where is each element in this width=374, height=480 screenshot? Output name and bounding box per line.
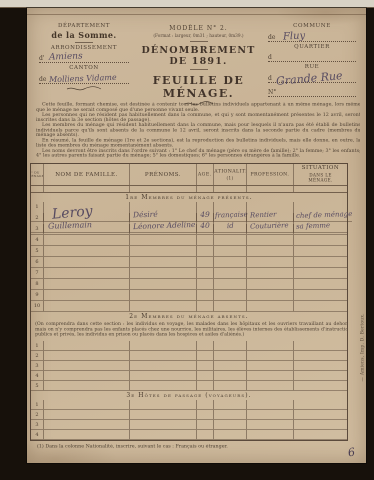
canton-label: CANTON: [35, 65, 133, 72]
cell-nat: [214, 257, 247, 268]
cell-prof: [247, 268, 294, 279]
cell-prenoms: [130, 430, 197, 440]
scanned-census-sheet: DÉPARTEMENT de la Somme. ARRONDISSEMENT …: [0, 0, 374, 480]
cell-nom: [44, 279, 130, 290]
commune-field: de Fluy: [268, 30, 356, 42]
cell-nat: [214, 400, 247, 410]
cell-prof: [247, 290, 294, 301]
table-row: 2: [31, 410, 347, 420]
cell-prof: [247, 224, 294, 235]
arrondissement-handwriting: Amiens: [48, 53, 82, 63]
col-header-label: SITUATION: [302, 165, 339, 171]
cell-nom: [44, 430, 130, 440]
cell-sit: [294, 246, 347, 257]
cell-nat: [214, 268, 247, 279]
row-number: 2: [31, 412, 43, 418]
row-number: 1: [31, 204, 43, 210]
rue-label: RUE: [264, 64, 360, 71]
cell-nat: [214, 341, 247, 351]
table-row: 1LeroyDésiré49françaiseRentierchef de mé…: [31, 202, 347, 213]
cell-prof: [247, 361, 294, 371]
cell-n: 4: [31, 235, 44, 246]
table-row: 2GuillemainLéonore Adeline40idCouturière…: [31, 213, 347, 224]
col-header-nom: NOM DE FAMILLE.: [44, 164, 130, 185]
instruction-paragraph: Les membres du ménage qui résident habit…: [36, 123, 360, 138]
cell-n: 5: [31, 381, 44, 391]
cell-nat: [214, 420, 247, 430]
cell-n: 5: [31, 246, 44, 257]
cell-age: [197, 371, 214, 381]
col-header-nationalite: NATIONALITÉ. (1): [214, 164, 247, 185]
header-subcell: [44, 186, 130, 192]
census-title: DÉNOMBREMENT DE 1891.: [133, 45, 264, 67]
divider: [75, 42, 93, 43]
header-subcell: [214, 186, 247, 192]
header-subcell: [197, 186, 214, 192]
cell-sit: [294, 420, 347, 430]
cell-age: [197, 224, 214, 235]
col-header-profession: PROFESSION.: [247, 164, 294, 185]
col-header-sub: (1): [227, 176, 234, 181]
paper-sheet: DÉPARTEMENT de la Somme. ARRONDISSEMENT …: [27, 8, 366, 463]
cell-age: [197, 301, 214, 312]
cell-nom: [44, 224, 130, 235]
cell-prof: [247, 257, 294, 268]
quartier-field: d: [268, 50, 356, 62]
cell-n: 9: [31, 290, 44, 301]
cell-nat: [214, 381, 247, 391]
cell-n: 3: [31, 361, 44, 371]
cell-sit: [294, 351, 347, 361]
cell-n: 7: [31, 268, 44, 279]
footnote: (1) Dans la colonne Nationalité, inscrir…: [37, 444, 366, 453]
table-row: 4: [31, 371, 347, 381]
flourish-icon: [66, 86, 102, 92]
row-number: 3: [31, 226, 43, 232]
table-header-row: N° DU MÉNAGE NOM DE FAMILLE. PRÉNOMS. AG…: [31, 164, 347, 186]
cell-prof: [247, 420, 294, 430]
table-row: 1: [31, 341, 347, 351]
cell-prenoms: [130, 301, 197, 312]
cell-sit: [294, 341, 347, 351]
table-row: 3: [31, 224, 347, 235]
row-number: 3: [31, 363, 43, 369]
cell-prenoms: [130, 410, 197, 420]
cell-n: 4: [31, 371, 44, 381]
row-number: 4: [31, 373, 43, 379]
cell-nat: [214, 430, 247, 440]
cell-n: 8: [31, 279, 44, 290]
modele-label: MODÈLE N° 2.: [133, 25, 264, 32]
quartier-label: QUARTIER: [264, 44, 360, 51]
cell-nom: [44, 400, 130, 410]
section-note: (On comprendra dans cette section : les …: [31, 321, 347, 338]
header-right-block: COMMUNE de Fluy QUARTIER d RUE d Grande …: [264, 23, 360, 99]
cell-age: [197, 351, 214, 361]
col-header-numero-menage: N° DU MÉNAGE: [31, 164, 44, 185]
cell-nat: [214, 246, 247, 257]
table-row: 3: [31, 420, 347, 430]
table-row: 4: [31, 235, 347, 246]
cell-n: 2: [31, 410, 44, 420]
arrondissement-label: ARRONDISSEMENT: [35, 45, 133, 52]
row-number: 4: [31, 432, 43, 438]
canton-handwriting: Molliens Vidame: [49, 74, 117, 84]
cell-nom: [44, 351, 130, 361]
cell-prof: [247, 279, 294, 290]
cell-prenoms: [130, 361, 197, 371]
cell-nom: [44, 257, 130, 268]
cell-nat: [214, 410, 247, 420]
cell-age: [197, 381, 214, 391]
instructions-block: Cette feuille, formant chemise, est dest…: [36, 102, 360, 161]
departement-value: de la Somme.: [35, 30, 133, 40]
cell-prenoms: [130, 224, 197, 235]
cell-nat: [214, 224, 247, 235]
col-header-label: PRÉNOMS.: [145, 172, 181, 178]
departement-label: DÉPARTEMENT: [35, 23, 133, 30]
cell-sit: [294, 410, 347, 420]
cell-sit: [294, 361, 347, 371]
cell-prenoms: [130, 246, 197, 257]
instructions-text: Cette feuille, formant chemise, est dest…: [36, 102, 360, 158]
arrondissement-field: d' Amiens: [39, 51, 129, 63]
cell-n: 2: [31, 351, 44, 361]
commune-handwriting: Fluy: [283, 31, 306, 42]
cell-prof: [247, 246, 294, 257]
table-header-subrow: [31, 186, 347, 193]
cell-age: [197, 268, 214, 279]
cell-prenoms: [130, 400, 197, 410]
col-header-prenoms: PRÉNOMS.: [130, 164, 197, 185]
row-number: 1: [31, 343, 43, 349]
table-row: 2: [31, 351, 347, 361]
divider: [190, 41, 208, 42]
cell-age: [197, 246, 214, 257]
cell-age: [197, 279, 214, 290]
section-note-wrap: (On comprendra dans cette section : les …: [31, 321, 347, 341]
col-header-label: AGE.: [198, 172, 212, 177]
quartier-prefix: d: [268, 55, 272, 61]
row-number: 5: [31, 383, 43, 389]
cell-nat: [214, 371, 247, 381]
row-number: 5: [31, 248, 43, 254]
cell-nom: [44, 420, 130, 430]
row-number: 1: [31, 402, 43, 408]
row-number: 3: [31, 422, 43, 428]
scan-top-edge: [0, 0, 374, 8]
cell-sit: [294, 268, 347, 279]
row-number: 4: [31, 237, 43, 243]
cell-prenoms: [130, 268, 197, 279]
cell-prof: [247, 371, 294, 381]
cell-age: [197, 235, 214, 246]
fold-crease: [27, 8, 366, 15]
section-title: 1re Membres du ménage présents.: [31, 193, 347, 202]
cell-prof: [247, 381, 294, 391]
format-note: (Format : largeur, 0m31 ; hauteur, 0m39.…: [143, 33, 254, 38]
commune-label: COMMUNE: [264, 23, 360, 30]
header-center-block: MODÈLE N° 2. (Format : largeur, 0m31 ; h…: [133, 23, 264, 99]
cell-prof: [247, 301, 294, 312]
table-row: 1: [31, 400, 347, 410]
commune-prefix: de: [268, 35, 275, 41]
cell-prof: [247, 351, 294, 361]
cell-age: [197, 361, 214, 371]
cell-n: 1: [31, 400, 44, 410]
cell-nat: [214, 301, 247, 312]
section-title: 2e Membres du ménage absents.: [31, 312, 347, 321]
cell-sit: [294, 279, 347, 290]
cell-nom: [44, 381, 130, 391]
cell-n: 3: [31, 420, 44, 430]
cell-nom: [44, 268, 130, 279]
divider: [190, 69, 208, 70]
cell-n: 1: [31, 341, 44, 351]
cell-nom: [44, 290, 130, 301]
row-number: 7: [31, 270, 43, 276]
cell-nom: [44, 361, 130, 371]
cell-age: [197, 420, 214, 430]
row-number: 6: [31, 259, 43, 265]
form-header: DÉPARTEMENT de la Somme. ARRONDISSEMENT …: [35, 23, 360, 99]
cell-nom: [44, 235, 130, 246]
cell-prenoms: [130, 257, 197, 268]
cell-prenoms: [130, 351, 197, 361]
table-row: 5: [31, 246, 347, 257]
footnote-text: (1) Dans la colonne Nationalité, inscrir…: [37, 444, 366, 449]
header-subcell: [247, 186, 294, 192]
cell-sit: [294, 290, 347, 301]
row-number: 2: [31, 215, 43, 221]
table-row: 6: [31, 257, 347, 268]
cell-sit: [294, 257, 347, 268]
cell-prenoms: [130, 420, 197, 430]
cell-nat: [214, 351, 247, 361]
cell-age: [197, 410, 214, 420]
instruction-paragraph: Les noms devront être inscrits dans l'or…: [36, 148, 360, 158]
cell-nom: [44, 410, 130, 420]
canton-field: de Molliens Vidame: [39, 72, 129, 84]
table-row: 5: [31, 381, 347, 391]
table-row: 8: [31, 279, 347, 290]
cell-prof: [247, 410, 294, 420]
cell-nom: [44, 301, 130, 312]
cell-sit: [294, 430, 347, 440]
cell-nom: [44, 341, 130, 351]
cell-nat: [214, 235, 247, 246]
table-row: 3: [31, 361, 347, 371]
header-subcell: [130, 186, 197, 192]
cell-sit: [294, 371, 347, 381]
cell-sit: [294, 301, 347, 312]
header-subcell: [294, 186, 347, 192]
cell-sit: [294, 381, 347, 391]
numero-label: N°: [268, 90, 276, 96]
rue-prefix: d: [268, 76, 272, 82]
cell-n: 6: [31, 257, 44, 268]
cell-nat: [214, 279, 247, 290]
table-row: 4: [31, 430, 347, 440]
row-number: 2: [31, 353, 43, 359]
col-header-situation: SITUATION DANS LE MÉNAGE.: [294, 164, 347, 185]
cell-n: 10: [31, 301, 44, 312]
col-header-sub: DANS LE MÉNAGE.: [302, 173, 339, 183]
cell-n: 3: [31, 224, 44, 235]
cell-prof: [247, 235, 294, 246]
cell-prof: [247, 430, 294, 440]
cell-prenoms: [130, 341, 197, 351]
header-subcell: [31, 186, 44, 192]
cell-nat: [214, 361, 247, 371]
arrondissement-prefix: d': [39, 56, 45, 62]
section-title: 3e Hôtes de passage (voyageurs).: [31, 391, 347, 400]
cell-sit: [294, 400, 347, 410]
col-header-label: PROFESSION.: [251, 172, 290, 177]
col-header-label: N° DU MÉNAGE: [31, 171, 40, 178]
cell-prof: [247, 341, 294, 351]
cell-prenoms: [130, 279, 197, 290]
cell-prenoms: [130, 235, 197, 246]
table-row: 10: [31, 301, 347, 312]
row-number: 8: [31, 281, 43, 287]
table-row: 7: [31, 268, 347, 279]
cell-age: [197, 290, 214, 301]
census-table: N° DU MÉNAGE NOM DE FAMILLE. PRÉNOMS. AG…: [30, 163, 348, 441]
canton-prefix: de: [39, 77, 46, 83]
cell-prenoms: [130, 290, 197, 301]
cell-nom: [44, 371, 130, 381]
col-header-age: AGE.: [197, 164, 214, 185]
cell-age: [197, 257, 214, 268]
cell-age: [197, 400, 214, 410]
table-row: 9: [31, 290, 347, 301]
cell-nom: [44, 246, 130, 257]
col-header-label: NOM DE FAMILLE.: [55, 172, 118, 178]
cell-prenoms: [130, 381, 197, 391]
sheet-title: FEUILLE DE MÉNAGE.: [133, 74, 264, 100]
row-number: 10: [31, 303, 43, 309]
cell-prenoms: [130, 371, 197, 381]
cell-sit: [294, 224, 347, 235]
header-left-block: DÉPARTEMENT de la Somme. ARRONDISSEMENT …: [35, 23, 133, 99]
cell-age: [197, 430, 214, 440]
cell-n: 4: [31, 430, 44, 440]
col-header-label: NATIONALITÉ.: [214, 168, 247, 173]
printer-imprint: — Amiens, Imp. D. Bertoux.: [360, 313, 365, 381]
cell-age: [197, 341, 214, 351]
cell-nat: [214, 290, 247, 301]
row-number: 9: [31, 292, 43, 298]
cell-prof: [247, 400, 294, 410]
cell-sit: [294, 235, 347, 246]
rue-field: d Grande Rue: [268, 71, 356, 83]
